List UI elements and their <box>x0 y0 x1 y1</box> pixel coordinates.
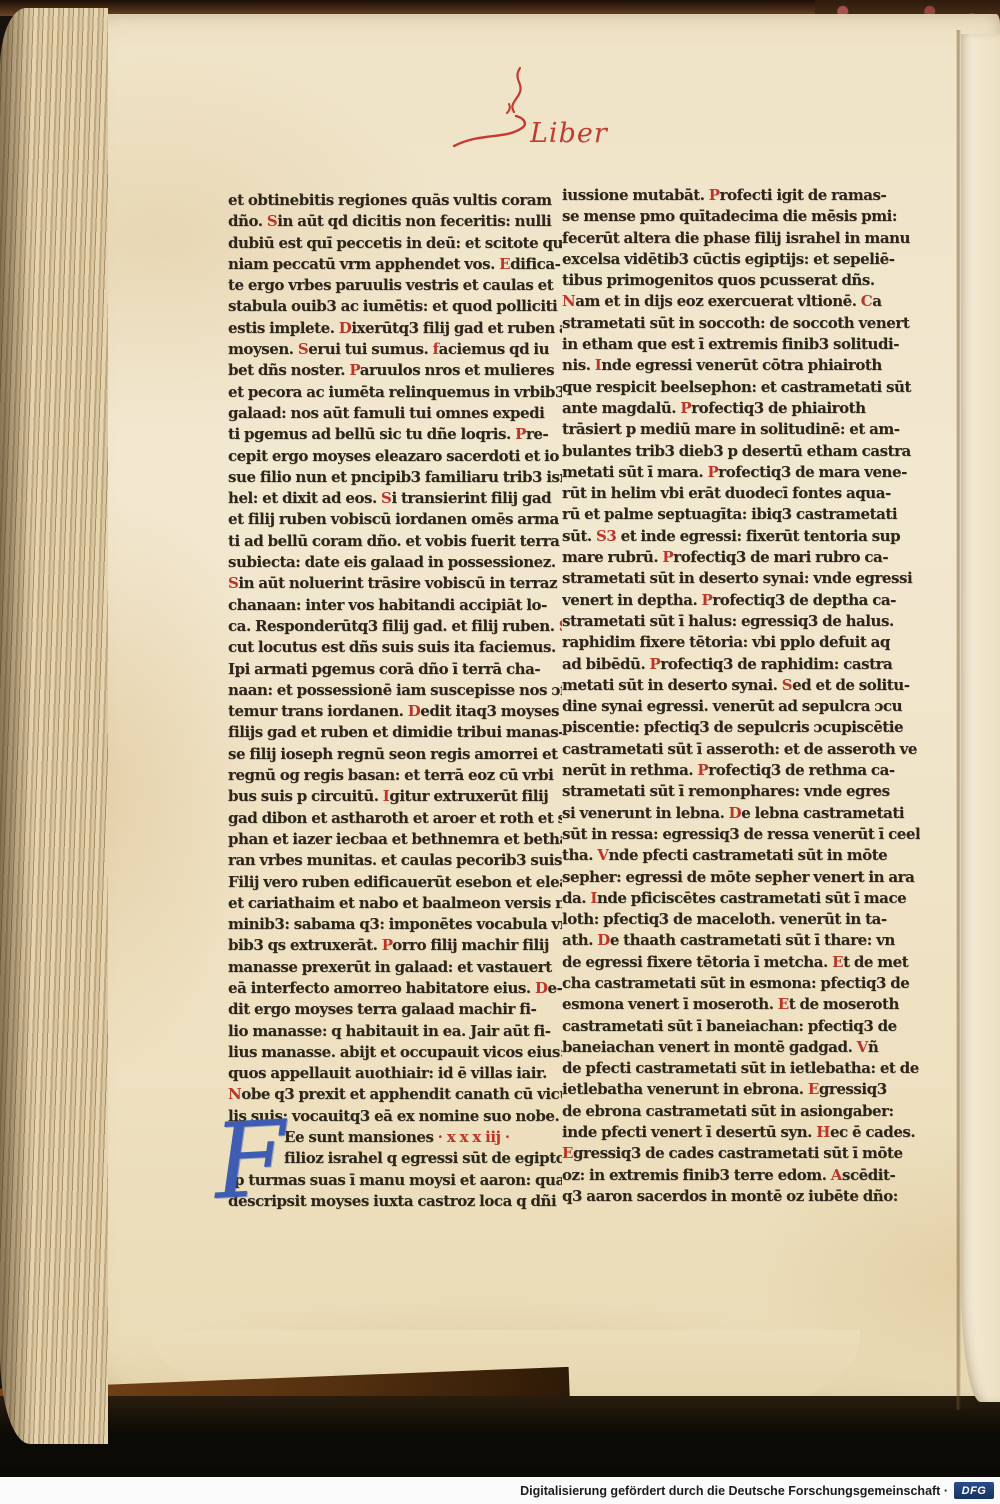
ink-segment: gad dibon et astharoth et aroer et roth … <box>228 809 562 827</box>
ink-segment: filioz israhel q egressi sūt de egipto <box>284 1149 562 1167</box>
ink-segment: rū et palme septuagīta: ibiq3 castrameta… <box>562 505 897 523</box>
ink-segment: manasse prexerūt in galaad: et vastauert <box>228 958 552 976</box>
rubric-segment: H <box>816 1123 830 1141</box>
text-line: dine synai egressi. venerūt ad sepulcra … <box>562 696 920 717</box>
text-line: ante magdalū. Profectiq3 de phiairoth <box>562 398 920 419</box>
text-line: bus suis p circuitū. Igitur extruxerūt f… <box>228 786 562 807</box>
rubric-segment: S <box>782 676 792 694</box>
text-line: manasse prexerūt in galaad: et vastauert <box>228 957 562 978</box>
ink-segment: strametati sūt in soccoth: de soccoth ve… <box>562 314 909 332</box>
rubric-segment: S <box>267 212 277 230</box>
ink-segment: rofectiq3 de deptha ca- <box>712 591 896 609</box>
text-line: Nam et in dijs eoz exercuerat vltionē. C… <box>562 291 920 312</box>
rubric-segment: P <box>680 399 691 417</box>
ink-segment: sepher: egressi de mōte sepher venert in… <box>562 868 914 886</box>
text-line: inde pfecti venert ī desertū syn. Hec ē … <box>562 1122 920 1143</box>
text-line: niam peccatū vrm apphendet vos. Edifica- <box>228 254 562 275</box>
text-line: cut locutus est dñs suis suis ita faciem… <box>228 637 562 658</box>
ink-segment: subiecta: date eis galaad in possessione… <box>228 553 556 571</box>
ink-segment: ath. <box>562 931 597 949</box>
liber-text: Liber <box>530 118 608 149</box>
text-line: cha castrametati sūt in esmona: pfectiq3… <box>562 973 920 994</box>
ink-segment: e lebna castrametati <box>741 804 904 822</box>
rubric-segment: S3 <box>596 527 616 545</box>
ink-segment: rofectiq3 de mara vene- <box>718 463 907 481</box>
ink-segment: nde pficiscētes castrametati sūt ī mace <box>597 889 906 907</box>
ink-segment: edit itaq3 moyses <box>420 702 559 720</box>
ink-segment: rofectiq3 de mari rubro ca- <box>673 548 888 566</box>
ink-segment: ñ <box>868 1038 878 1056</box>
text-line: regnū og regis basan: et terrā eoz cū vr… <box>228 765 562 786</box>
ink-segment: re- <box>526 425 548 443</box>
ink-segment: ti pgemus ad bellū sic tu dñe loqris. <box>228 425 515 443</box>
ink-segment: gitur extruxerūt filij <box>389 787 548 805</box>
rubric-segment: E <box>562 1144 573 1162</box>
text-line: castrametati sūt ī asseroth: et de asser… <box>562 739 920 760</box>
text-line: lius manasse. abijt et occupauit vicos e… <box>228 1042 562 1063</box>
chapter-initial: F <box>211 1106 289 1214</box>
rubric-segment: P <box>702 591 713 609</box>
ink-segment: strametati sūt ī remonphares: vnde egres <box>562 782 890 800</box>
ink-segment: aruulos nros et mulieres <box>360 361 554 379</box>
ink-segment: sūt. <box>562 527 596 545</box>
liber-annotation: Liber <box>452 66 642 156</box>
ink-segment: difica- <box>510 255 560 273</box>
rubric-segment: I <box>590 889 597 907</box>
ink-segment: niam peccatū vrm apphendet vos. <box>228 255 499 273</box>
ink-segment: chanaan: inter vos habitandi accipiāt lo… <box>228 596 547 614</box>
ink-segment: venert in deptha. <box>562 591 702 609</box>
ink-segment: bulantes trib3 dieb3 p desertū etham cas… <box>562 442 911 460</box>
ink-segment: dit ergo moyses terra galaad machir fi- <box>228 1000 536 1018</box>
ink-segment: mare rubrū. <box>562 548 662 566</box>
ink-segment: e thaath castrametati sūt ī thare: vn <box>610 931 895 949</box>
text-line: venert in deptha. Profectiq3 de deptha c… <box>562 590 920 611</box>
text-line: Sin aūt noluerint trāsire vobiscū in ter… <box>228 573 562 594</box>
text-line: dubiū est quī peccetis in deū: et scitot… <box>228 233 562 254</box>
ink-segment: eā interfecto amorreo habitatore eius. <box>228 979 535 997</box>
column-right-lines: iussione mutabāt. Profecti igit de ramas… <box>562 185 920 1217</box>
text-line: quos appellauit auothiair: id ē villas i… <box>228 1063 562 1084</box>
text-line: mare rubrū. Profectiq3 de mari rubro ca- <box>562 547 920 568</box>
text-line: sue filio nun et pncipib3 familiaru trib… <box>228 467 562 488</box>
ink-segment: lius manasse. abijt et occupauit vicos e… <box>228 1043 562 1061</box>
ink-segment: ad bibēdū. <box>562 655 650 673</box>
text-line: oz: in extremis finib3 terre edom. Ascēd… <box>562 1165 920 1186</box>
ink-segment: a <box>872 292 881 310</box>
ink-segment: gressiq3 <box>819 1080 887 1098</box>
ink-segment: oz: in extremis finib3 terre edom. <box>562 1166 831 1184</box>
ink-segment: ran vrbes munitas. et caulas pecorib3 su… <box>228 851 562 869</box>
ink-segment: i transierint filij gad <box>391 489 551 507</box>
text-line: ietlebatha venerunt in ebrona. Egressiq3 <box>562 1079 920 1100</box>
ink-segment: erui tui sumus. <box>308 340 432 358</box>
text-line: dño. Sin aūt qd dicitis non feceritis: n… <box>228 211 562 232</box>
ink-segment: se mense pmo quītadecima die mēsis pmi: <box>562 207 897 225</box>
text-line: nerūt in rethma. Profectiq3 de rethma ca… <box>562 760 920 781</box>
rubric-segment: P <box>662 548 673 566</box>
ink-segment: Ee sunt mansiones <box>284 1128 434 1146</box>
ink-segment: bib3 qs extruxerāt. <box>228 936 382 954</box>
rubric-segment: S <box>228 574 238 592</box>
ink-segment: loth: pfectiq3 de maceloth. venerūt in t… <box>562 910 887 928</box>
footer-credit: Digitalisierung gefördert durch die Deut… <box>520 1484 948 1498</box>
ink-segment: et cariathaim et nabo et baalmeon versis… <box>228 894 562 912</box>
ink-segment: strametati sūt ī halus: egressiq3 de hal… <box>562 612 894 630</box>
ink-segment: ietlebatha venerunt in ebrona. <box>562 1080 808 1098</box>
ink-segment: fecerūt altera die phase filij israhel i… <box>562 229 910 247</box>
text-line: minib3: sabama q3: imponētes vocabula vr <box>228 914 562 935</box>
ink-segment: phan et iazer iecbaa et bethnemra et bet… <box>228 830 562 848</box>
text-line: sepher: egressi de mōte sepher venert in… <box>562 867 920 888</box>
text-line: piscentie: pfectiq3 de sepulcris ɔcupisc… <box>562 717 920 738</box>
ink-segment: trāsiert p mediū mare in solitudinē: et … <box>562 420 900 438</box>
rubric-segment: D <box>597 931 610 949</box>
rubric-segment: P <box>650 655 661 673</box>
ink-segment: scēdit- <box>842 1166 895 1184</box>
rubric-segment: P <box>707 463 718 481</box>
text-line: in etham que est ī extremis finib3 solit… <box>562 334 920 355</box>
ink-segment: raphidim fixere tētoria: vbi pplo defuit… <box>562 633 890 651</box>
text-line: moysen. Serui tui sumus. faciemus qd iu <box>228 339 562 360</box>
rubric-segment: E <box>808 1080 819 1098</box>
ink-segment: esmona venert ī moseroth. <box>562 995 778 1013</box>
ink-segment: cha castrametati sūt in esmona: pfectiq3… <box>562 974 909 992</box>
ink-segment: rofectiq3 de rethma ca- <box>708 761 894 779</box>
text-line: Filij vero ruben edificauerūt esebon et … <box>228 872 562 893</box>
rubric-segment: · x x x iij · <box>434 1128 510 1146</box>
ink-segment: gressiq3 de cades castrametati sūt ī mōt… <box>573 1144 903 1162</box>
text-line: et filij ruben vobiscū iordanen omēs arm… <box>228 509 562 530</box>
page-stack-edges <box>0 8 108 1444</box>
text-line: da. Inde pficiscētes castrametati sūt ī … <box>562 888 920 909</box>
ink-segment: sue filio nun et pncipib3 familiaru trib… <box>228 468 562 486</box>
ink-segment: inde pfecti venert ī desertū syn. <box>562 1123 816 1141</box>
ink-segment: nde egressi venerūt cōtra phiairoth <box>601 356 882 374</box>
text-line: filijs gad et ruben et dimidie tribui ma… <box>228 722 562 743</box>
ink-segment: et obtinebitis regiones quās vultis cora… <box>228 191 552 209</box>
text-line: de pfecti castrametati sūt in ietlebatha… <box>562 1058 920 1079</box>
ink-segment: castrametati sūt ī baneiachan: pfectiq3 … <box>562 1017 897 1035</box>
text-line: tibus primogenitos quos pcusserat dñs. <box>562 270 920 291</box>
rubric-segment: N <box>562 292 575 310</box>
rubric-segment: P <box>515 425 526 443</box>
text-line: strametati sūt ī halus: egressiq3 de hal… <box>562 611 920 632</box>
text-line: fecerūt altera die phase filij israhel i… <box>562 228 920 249</box>
text-line: si venerunt in lebna. De lebna castramet… <box>562 803 920 824</box>
ink-segment: obe q3 prexit et apphendit canath cū vic… <box>241 1085 562 1103</box>
ink-segment: tibus primogenitos quos pcusserat dñs. <box>562 271 875 289</box>
text-line: et cariathaim et nabo et baalmeon versis… <box>228 893 562 914</box>
ink-segment: filijs gad et ruben et dimidie tribui ma… <box>228 723 562 741</box>
text-line: loth: pfectiq3 de maceloth. venerūt in t… <box>562 909 920 930</box>
ink-segment: de ebrona castrametati sūt in asiongaber… <box>562 1102 894 1120</box>
ink-segment: minib3: sabama q3: imponētes vocabula vr <box>228 915 562 933</box>
ink-segment: rofecti igit de ramas- <box>720 186 887 204</box>
rubric-segment: P <box>709 186 720 204</box>
rubric-segment: D <box>535 979 548 997</box>
text-line: gad dibon et astharoth et aroer et roth … <box>228 808 562 829</box>
text-line: de ebrona castrametati sūt in asiongaber… <box>562 1101 920 1122</box>
rubric-segment: P <box>382 936 392 954</box>
text-line: chanaan: inter vos habitandi accipiāt lo… <box>228 595 562 616</box>
text-line: trāsiert p mediū mare in solitudinē: et … <box>562 419 920 440</box>
rubric-segment: D <box>729 804 742 822</box>
ink-segment: temur trans iordanen. <box>228 702 408 720</box>
text-line: Egressiq3 de cades castrametati sūt ī mō… <box>562 1143 920 1164</box>
ink-segment: cut locutus est dñs suis suis ita faciem… <box>228 638 556 656</box>
text-line: et pecora ac iumēta relinquemus in vrbib… <box>228 382 562 403</box>
text-line: phan et iazer iecbaa et bethnemra et bet… <box>228 829 562 850</box>
dfg-logo: DFG <box>954 1482 994 1499</box>
ink-segment: sūt in ressa: egressiq3 de ressa venerūt… <box>562 825 920 843</box>
text-line: que respicit beelsephon: et castrametati… <box>562 377 920 398</box>
text-line: excelsa vidētib3 cūctis egiptijs: et sep… <box>562 249 920 270</box>
rubric-segment: D <box>408 702 421 720</box>
ink-segment: t de met <box>843 953 908 971</box>
ink-segment: strametati sūt in deserto synai: vnde eg… <box>562 569 912 587</box>
ink-segment: ec ē cades. <box>830 1123 915 1141</box>
text-line: eā interfecto amorreo habitatore eius. D… <box>228 978 562 999</box>
text-line: ath. De thaath castrametati sūt ī thare:… <box>562 930 920 951</box>
text-line: et obtinebitis regiones quās vultis cora… <box>228 190 562 211</box>
ink-segment: si venerunt in lebna. <box>562 804 729 822</box>
ink-segment: dño. <box>228 212 267 230</box>
rubric-segment: P <box>349 361 359 379</box>
footer-bar: Digitalisierung gefördert durch die Deut… <box>0 1477 1000 1504</box>
rubric-segment: S <box>381 489 391 507</box>
text-line: sūt. S3 et inde egressi: fixerūt tentori… <box>562 526 920 547</box>
ink-segment: excelsa vidētib3 cūctis egiptijs: et sep… <box>562 250 895 268</box>
text-line: stabula ouib3 ac iumētis: et quod pollic… <box>228 296 562 317</box>
ink-segment: baneiachan venert in montē gadgad. <box>562 1038 857 1056</box>
ink-segment: et filij ruben vobiscū iordanen omēs arm… <box>228 510 559 528</box>
text-line: raphidim fixere tētoria: vbi pplo defuit… <box>562 632 920 653</box>
ink-segment: rofectiq3 de phiairoth <box>691 399 865 417</box>
text-line: lio manasse: q habitauit in ea. Jair aūt… <box>228 1021 562 1042</box>
ink-segment: et inde egressi: fixerūt tentoria sup <box>616 527 900 545</box>
text-line: ti pgemus ad bellū sic tu dñe loqris. Pr… <box>228 424 562 445</box>
ink-segment: orro filij machir filij <box>392 936 549 954</box>
ink-segment: piscentie: pfectiq3 de sepulcris ɔcupisc… <box>562 718 903 736</box>
ink-segment: et pecora ac iumēta relinquemus in vrbib… <box>228 383 562 401</box>
ink-segment: e- <box>548 979 562 997</box>
text-line: q3 aaron sacerdos in montē oz iubēte dño… <box>562 1186 920 1207</box>
text-line: baneiachan venert in montē gadgad. Vñ <box>562 1037 920 1058</box>
text-line: esmona venert ī moseroth. Et de moseroth <box>562 994 920 1015</box>
ink-segment: Filij vero ruben edificauerūt esebon et … <box>228 873 562 891</box>
ink-segment: se filij ioseph regnū seon regis amorrei… <box>228 745 558 763</box>
text-line: estis implete. Dixerūtq3 filij gad et ru… <box>228 318 562 339</box>
text-line: ad bibēdū. Profectiq3 de raphidim: castr… <box>562 654 920 675</box>
rubric-segment: E <box>832 953 843 971</box>
ink-segment: ixerūtq3 filij gad et ruben ad <box>351 319 562 337</box>
shadow-area <box>0 1396 1000 1477</box>
ink-segment: tha. <box>562 846 597 864</box>
ink-segment: naan: et possessionē iam suscepisse nos … <box>228 681 562 699</box>
text-line: bib3 qs extruxerāt. Porro filij machir f… <box>228 935 562 956</box>
ink-segment: regnū og regis basan: et terrā eoz cū vr… <box>228 766 553 784</box>
text-line: ran vrbes munitas. et caulas pecorib3 su… <box>228 850 562 871</box>
text-line: galaad: nos aūt famuli tui omnes expedi <box>228 403 562 424</box>
ink-segment: metati sūt ī mara. <box>562 463 707 481</box>
ink-segment: aciemus qd iu <box>439 340 550 358</box>
ink-segment: rūt in helim vbi erāt duodecī fontes aqu… <box>562 484 891 502</box>
text-line: temur trans iordanen. Dedit itaq3 moyses <box>228 701 562 722</box>
text-line: tha. Vnde pfecti castrametati sūt in mōt… <box>562 845 920 866</box>
ink-segment: t de moseroth <box>789 995 899 1013</box>
ink-segment: am et in dijs eoz exercuerat vltionē. <box>575 292 861 310</box>
text-line: bet dñs noster. Paruulos nros et muliere… <box>228 360 562 381</box>
ink-segment: rofectiq3 de raphidim: castra <box>660 655 892 673</box>
text-line: cepit ergo moyses eleazaro sacerdoti et … <box>228 446 562 467</box>
text-line: se mense pmo quītadecima die mēsis pmi: <box>562 206 920 227</box>
text-line: strametati sūt ī remonphares: vnde egres <box>562 781 920 802</box>
rubric-segment: A <box>831 1166 842 1184</box>
rubric-segment: S <box>298 340 308 358</box>
ink-segment: te ergo vrbes paruulis vestris et caulas… <box>228 276 553 294</box>
rubric-segment: E <box>499 255 510 273</box>
ink-segment: nerūt in rethma. <box>562 761 697 779</box>
ink-segment: in aūt qd dicitis non feceritis: nulli <box>277 212 551 230</box>
ink-segment: nde pfecti castrametati sūt in mōte <box>608 846 887 864</box>
text-line: strametati sūt in soccoth: de soccoth ve… <box>562 313 920 334</box>
ink-segment: dubiū est quī peccetis in deū: et scitot… <box>228 234 562 252</box>
text-line: sūt in ressa: egressiq3 de ressa venerūt… <box>562 824 920 845</box>
ink-segment: da. <box>562 889 590 907</box>
text-line: rū et palme septuagīta: ibiq3 castrameta… <box>562 504 920 525</box>
ink-segment: ti ad bellū coram dño. et vobis fuerit t… <box>228 532 559 550</box>
ink-segment: ed et de solitu- <box>792 676 909 694</box>
ink-segment: cepit ergo moyses eleazaro sacerdoti et … <box>228 447 559 465</box>
ink-segment: castrametati sūt ī asseroth: et de asser… <box>562 740 917 758</box>
text-line: rūt in helim vbi erāt duodecī fontes aqu… <box>562 483 920 504</box>
text-line: ti ad bellū coram dño. et vobis fuerit t… <box>228 531 562 552</box>
column-left-lines: et obtinebitis regiones quās vultis cora… <box>228 190 562 1220</box>
text-line: iussione mutabāt. Profecti igit de ramas… <box>562 185 920 206</box>
ink-segment: galaad: nos aūt famuli tui omnes expedi <box>228 404 544 422</box>
ink-segment: in etham que est ī extremis finib3 solit… <box>562 335 899 353</box>
text-line: strametati sūt in deserto synai: vnde eg… <box>562 568 920 589</box>
ink-segment: bus suis p circuitū. <box>228 787 383 805</box>
next-page-edge <box>961 34 1000 1402</box>
ink-segment: que respicit beelsephon: et castrametati… <box>562 378 911 396</box>
text-line: ca. Responderūtq3 filij gad. et filij ru… <box>228 616 562 637</box>
ink-segment: Ipi armati pgemus corā dño ī terrā cha- <box>228 660 540 678</box>
text-line: bulantes trib3 dieb3 p desertū etham cas… <box>562 441 920 462</box>
ink-segment: dine synai egressi. venerūt ad sepulcra … <box>562 697 902 715</box>
ink-segment: moysen. <box>228 340 298 358</box>
text-line: nis. Inde egressi venerūt cōtra phiairot… <box>562 355 920 376</box>
text-line: naan: et possessionē iam suscepisse nos … <box>228 680 562 701</box>
ink-segment: de pfecti castrametati sūt in ietlebatha… <box>562 1059 919 1077</box>
rubric-segment: C <box>861 292 873 310</box>
ink-segment: metati sūt in deserto synai. <box>562 676 782 694</box>
ink-segment: nis. <box>562 356 595 374</box>
rubric-segment: P <box>697 761 708 779</box>
text-line: metati sūt in deserto synai. Sed et de s… <box>562 675 920 696</box>
text-line: te ergo vrbes paruulis vestris et caulas… <box>228 275 562 296</box>
ink-segment: lio manasse: q habitauit in ea. Jair aūt… <box>228 1022 550 1040</box>
ink-segment: bet dñs noster. <box>228 361 349 379</box>
text-line: dit ergo moyses terra galaad machir fi- <box>228 999 562 1020</box>
text-line: castrametati sūt ī baneiachan: pfectiq3 … <box>562 1016 920 1037</box>
rubric-segment: E <box>778 995 789 1013</box>
ink-segment: stabula ouib3 ac iumētis: et quod pollic… <box>228 297 557 315</box>
ink-segment: hel: et dixit ad eos. <box>228 489 381 507</box>
rubric-segment: D <box>339 319 352 337</box>
rubric-segment: V <box>857 1038 868 1056</box>
text-line: subiecta: date eis galaad in possessione… <box>228 552 562 573</box>
manuscript-scan: Liber et obtinebitis regiones quās vulti… <box>0 0 1000 1504</box>
ink-segment: de egressi fixere tētoria ī metcha. <box>562 953 832 971</box>
text-line: de egressi fixere tētoria ī metcha. Et d… <box>562 952 920 973</box>
text-line: metati sūt ī mara. Profectiq3 de mara ve… <box>562 462 920 483</box>
ink-segment: iussione mutabāt. <box>562 186 709 204</box>
ink-segment: q3 aaron sacerdos in montē oz iubēte dño… <box>562 1187 898 1205</box>
text-line: Ipi armati pgemus corā dño ī terrā cha- <box>228 659 562 680</box>
ink-segment: quos appellauit auothiair: id ē villas i… <box>228 1064 547 1082</box>
ink-segment: ante magdalū. <box>562 399 680 417</box>
ink-segment: ca. Responderūtq3 filij gad. et filij ru… <box>228 617 559 635</box>
ink-segment: estis implete. <box>228 319 339 337</box>
text-line: hel: et dixit ad eos. Si transierint fil… <box>228 488 562 509</box>
rubric-segment: V <box>597 846 608 864</box>
text-line: se filij ioseph regnū seon regis amorrei… <box>228 744 562 765</box>
ink-segment: in aūt noluerint trāsire vobiscū in terr… <box>238 574 557 592</box>
